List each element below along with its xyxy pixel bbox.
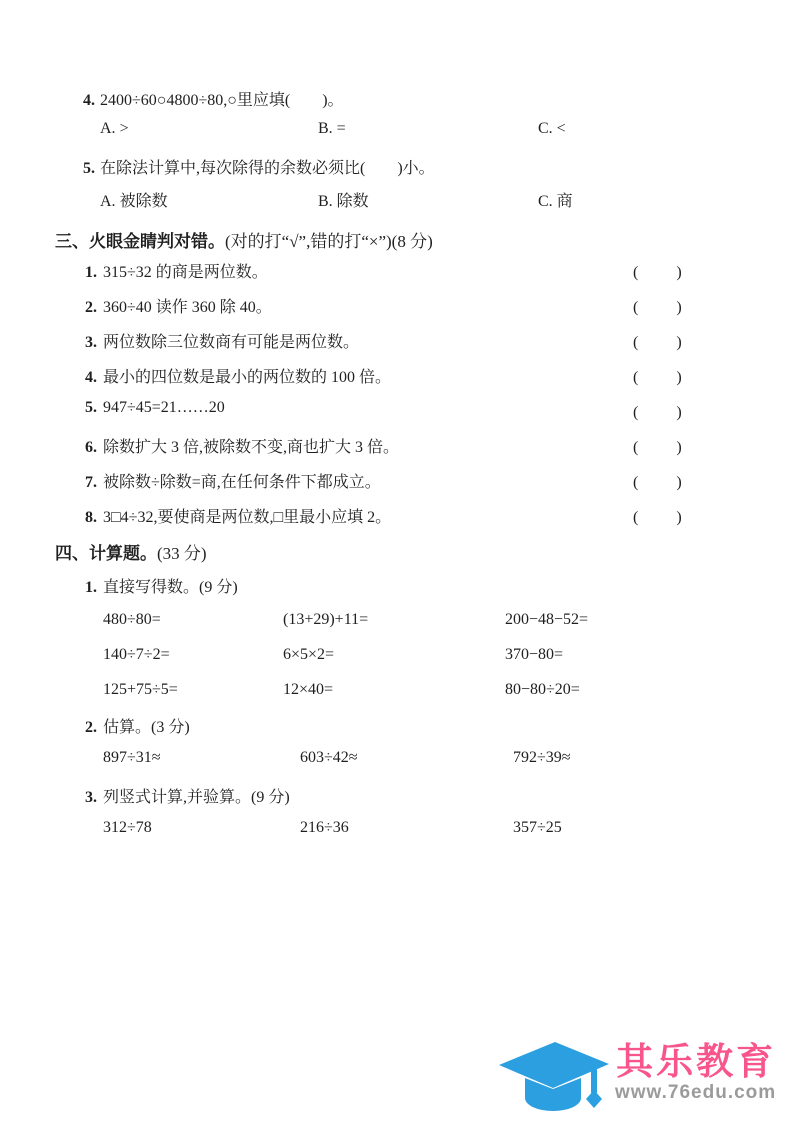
section-title: 三、火眼金睛判对错。 (55, 232, 225, 251)
item-number: 5. (85, 399, 97, 416)
subsection-number: 3. (85, 789, 97, 806)
question-4-options: A. > B. = C. < (0, 120, 793, 144)
subsection-number: 2. (85, 719, 97, 736)
section-note: (33 分) (157, 544, 207, 563)
judge-item-4: 4. 最小的四位数是最小的两位数的 100 倍。 ( ) (0, 364, 793, 388)
math-expression: 6×5×2= (283, 646, 334, 664)
judge-item-1: 1. 315÷32 的商是两位数。 ( ) (0, 259, 793, 283)
worksheet-page: 4.2400÷60○4800÷80,○里应填( )。 A. > B. = C. … (0, 0, 793, 1122)
judge-item-5: 5. 947÷45=21……20 ( ) (0, 399, 793, 423)
item-number: 8. (85, 509, 97, 526)
answer-blank: ( ) (633, 504, 684, 527)
option-label: C. (538, 120, 553, 137)
question-4: 4.2400÷60○4800÷80,○里应填( )。 (0, 87, 793, 111)
math-expression: 80−80÷20= (505, 681, 580, 699)
math-expression: 370−80= (505, 646, 563, 664)
answer-blank: ( ) (633, 259, 684, 282)
question-5: 5.在除法计算中,每次除得的余数必须比( )小。 (0, 155, 793, 179)
estimation-row: 897÷31≈ 603÷42≈ 792÷39≈ (0, 749, 793, 773)
option-text: > (120, 120, 129, 137)
option-text: 除数 (337, 193, 369, 210)
math-expression: 12×40= (283, 681, 333, 699)
option-label: A. (100, 193, 116, 210)
item-text: 947÷45=21……20 (103, 399, 225, 416)
site-logo: 其乐教育 www.76edu.com (495, 1036, 793, 1116)
calc-row: 480÷80= (13+29)+11= 200−48−52= (0, 611, 793, 635)
judge-item-6: 6. 除数扩大 3 倍,被除数不变,商也扩大 3 倍。 ( ) (0, 434, 793, 458)
math-expression: 216÷36 (300, 819, 349, 837)
subsection-3-title: 3. 列竖式计算,并验算。(9 分) (0, 784, 793, 808)
item-number: 4. (85, 369, 97, 386)
option-text: 商 (557, 193, 573, 210)
question-5-options: A. 被除数 B. 除数 C. 商 (0, 188, 793, 212)
website-url: www.76edu.com (615, 1082, 776, 1104)
option-text: 被除数 (120, 193, 168, 210)
judge-item-8: 8. 3□4÷32,要使商是两位数,□里最小应填 2。 ( ) (0, 504, 793, 528)
item-number: 7. (85, 474, 97, 491)
math-expression: 480÷80= (103, 611, 161, 629)
subsection-1-title: 1. 直接写得数。(9 分) (0, 574, 793, 598)
question-number: 4. (83, 92, 95, 109)
answer-blank: ( ) (633, 364, 684, 387)
item-number: 1. (85, 264, 97, 281)
option-label: C. (538, 193, 553, 210)
subsection-number: 1. (85, 579, 97, 596)
judge-item-7: 7. 被除数÷除数=商,在任何条件下都成立。 ( ) (0, 469, 793, 493)
subsection-2-title: 2. 估算。(3 分) (0, 714, 793, 738)
subsection-title-text: 直接写得数。(9 分) (103, 579, 238, 596)
math-expression: 897÷31≈ (103, 749, 161, 767)
math-expression: 140÷7÷2= (103, 646, 170, 664)
question-stem: 在除法计算中,每次除得的余数必须比( )小。 (100, 160, 435, 177)
math-expression: 792÷39≈ (513, 749, 571, 767)
answer-blank: ( ) (633, 434, 684, 457)
calc-row: 125+75÷5= 12×40= 80−80÷20= (0, 681, 793, 705)
item-number: 6. (85, 439, 97, 456)
item-text: 被除数÷除数=商,在任何条件下都成立。 (103, 474, 381, 491)
item-text: 两位数除三位数商有可能是两位数。 (103, 334, 359, 351)
calc-row: 140÷7÷2= 6×5×2= 370−80= (0, 646, 793, 670)
item-text: 315÷32 的商是两位数。 (103, 264, 268, 281)
item-text: 3□4÷32,要使商是两位数,□里最小应填 2。 (103, 509, 391, 526)
answer-blank: ( ) (633, 399, 684, 422)
section-3-heading: 三、火眼金睛判对错。(对的打“√”,错的打“×”)(8 分) (0, 227, 793, 251)
question-stem: 2400÷60○4800÷80,○里应填( )。 (100, 92, 344, 109)
math-expression: 200−48−52= (505, 611, 588, 629)
section-4-heading: 四、计算题。(33 分) (0, 539, 793, 563)
answer-blank: ( ) (633, 294, 684, 317)
answer-blank: ( ) (633, 329, 684, 352)
item-text: 最小的四位数是最小的两位数的 100 倍。 (103, 369, 391, 386)
section-note: (对的打“√”,错的打“×”)(8 分) (225, 232, 433, 251)
option-label: B. (318, 120, 333, 137)
math-expression: 312÷78 (103, 819, 152, 837)
subsection-title-text: 估算。(3 分) (103, 719, 190, 736)
item-number: 2. (85, 299, 97, 316)
brand-name: 其乐教育 (616, 1042, 776, 1082)
math-expression: 357÷25 (513, 819, 562, 837)
option-label: A. (100, 120, 116, 137)
question-number: 5. (83, 160, 95, 177)
subsection-title-text: 列竖式计算,并验算。(9 分) (103, 789, 290, 806)
option-text: < (557, 120, 566, 137)
item-text: 除数扩大 3 倍,被除数不变,商也扩大 3 倍。 (103, 439, 399, 456)
judge-item-3: 3. 两位数除三位数商有可能是两位数。 ( ) (0, 329, 793, 353)
judge-item-2: 2. 360÷40 读作 360 除 40。 ( ) (0, 294, 793, 318)
item-text: 360÷40 读作 360 除 40。 (103, 299, 272, 316)
option-label: B. (318, 193, 333, 210)
graduation-cap-icon (495, 1036, 613, 1116)
answer-blank: ( ) (633, 469, 684, 492)
math-expression: (13+29)+11= (283, 611, 368, 629)
item-number: 3. (85, 334, 97, 351)
column-calc-row: 312÷78 216÷36 357÷25 (0, 819, 793, 843)
math-expression: 603÷42≈ (300, 749, 358, 767)
math-expression: 125+75÷5= (103, 681, 178, 699)
option-text: = (337, 120, 346, 137)
section-title: 四、计算题。 (55, 544, 157, 563)
